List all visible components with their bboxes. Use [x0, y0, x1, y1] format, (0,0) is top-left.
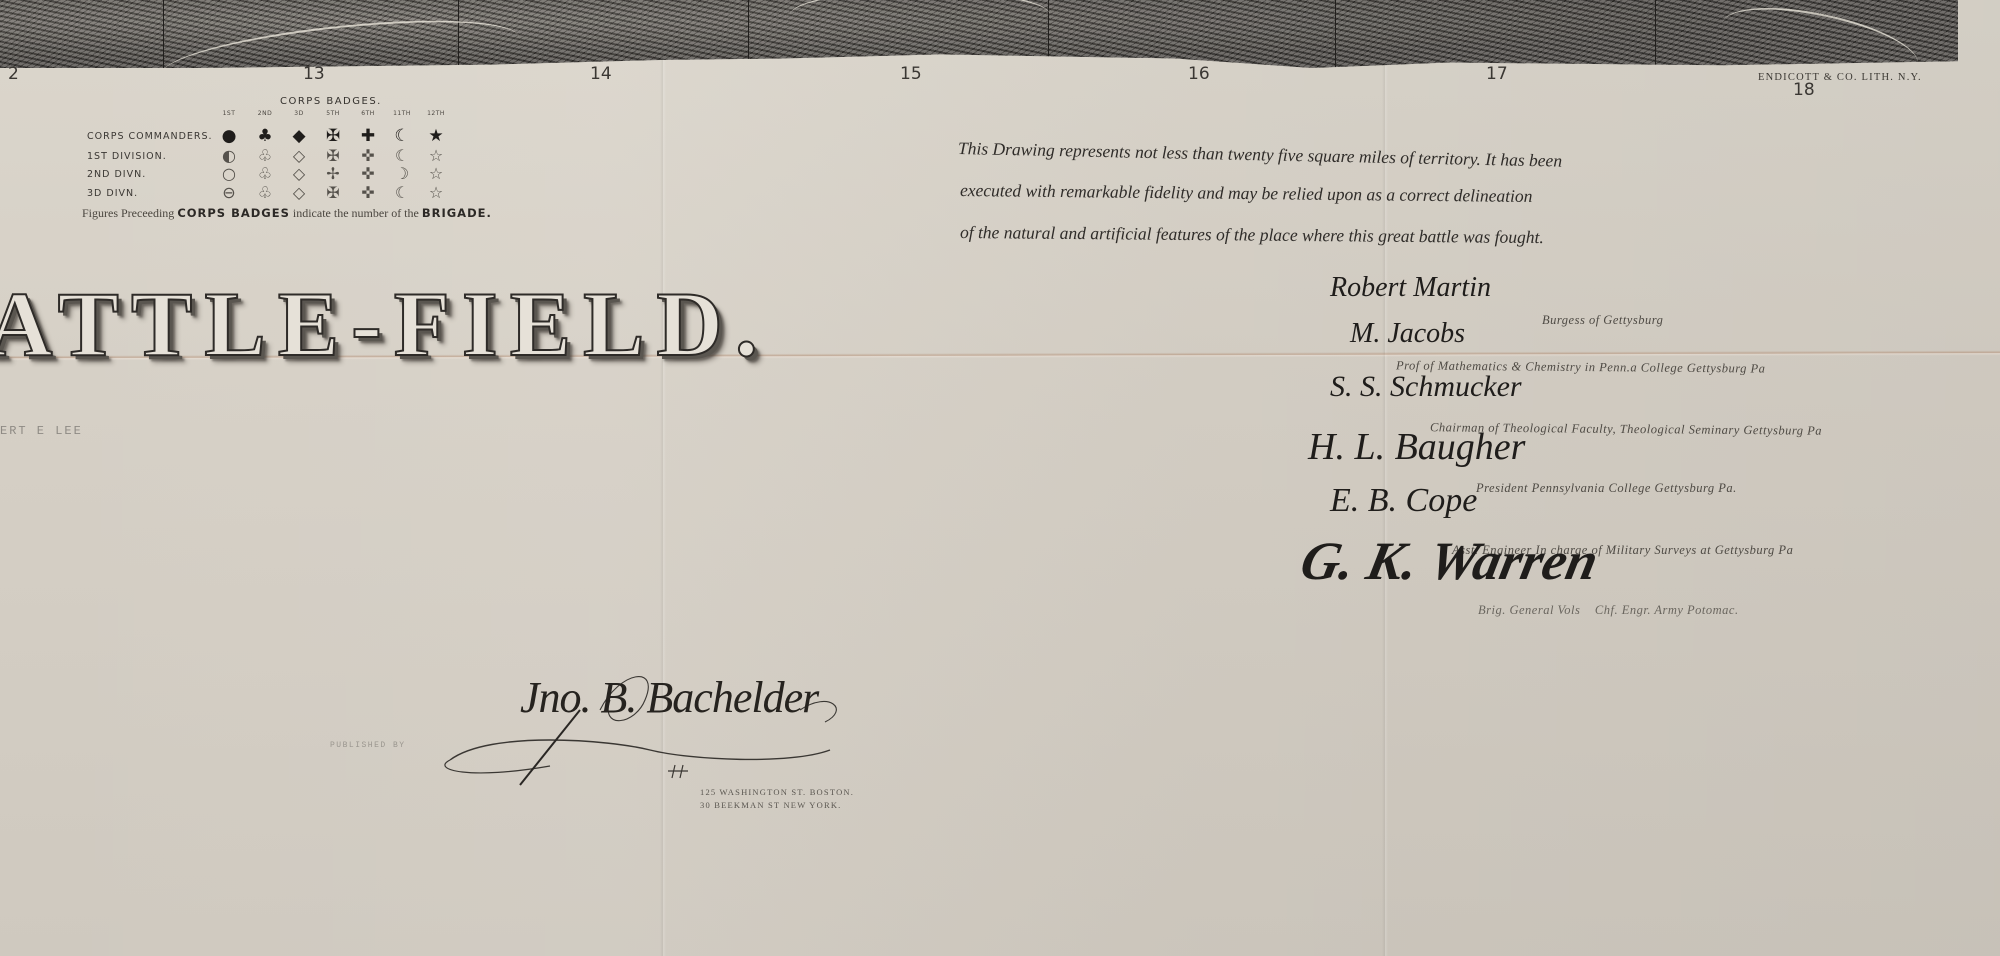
- map-engraving-strip: [0, 0, 1958, 68]
- star-icon: ☆: [421, 183, 451, 203]
- diamond-icon: ◇: [284, 164, 314, 184]
- publisher-address: 125 WASHINGTON ST. BOSTON.: [700, 787, 854, 797]
- paper-fold-vertical: [1382, 0, 1388, 956]
- crescent-icon: ☾: [387, 126, 417, 146]
- star-icon: ☆: [421, 164, 451, 184]
- crescent-icon: ☾: [387, 146, 417, 166]
- grid-number: 15: [900, 64, 922, 84]
- lithographer-credit: ENDICOTT & CO. LITH. N.Y.: [1758, 72, 1922, 83]
- diamond-icon: ◆: [284, 126, 314, 146]
- grid-number: 17: [1486, 64, 1508, 84]
- star-icon: ☆: [421, 146, 451, 166]
- circle-icon: ●: [214, 126, 244, 146]
- signature: E. B. Cope: [1330, 482, 1477, 520]
- subtitle-fragment: ERT E LEE: [0, 424, 83, 438]
- published-by-label: PUBLISHED BY: [330, 741, 406, 750]
- greek-cross-icon: ✜: [353, 164, 383, 184]
- paper-fold-vertical: [660, 0, 666, 956]
- signatory-title: Brig. General Vols Chf. Engr. Army Potom…: [1478, 603, 1739, 618]
- maltese-cross-icon: ✠: [318, 126, 348, 146]
- greek-cross-icon: ✜: [353, 146, 383, 166]
- grid-number: 14: [590, 64, 612, 84]
- corps-column-header: 12TH: [421, 110, 451, 117]
- grid-number: 18: [1793, 80, 1815, 100]
- corps-column-header: 3D: [284, 110, 314, 117]
- badge-row: 2ND DIVN.○♧◇✢✜☽☆: [82, 164, 602, 184]
- signature: M. Jacobs: [1350, 318, 1465, 350]
- trefoil-icon: ♧: [250, 183, 280, 203]
- grid-number: 2: [8, 64, 19, 84]
- signatory-title: President Pennsylvania College Gettysbur…: [1476, 481, 1737, 496]
- grid-number: 13: [303, 64, 325, 84]
- diamond-icon: ◇: [284, 183, 314, 203]
- trefoil-icon: ♧: [250, 164, 280, 184]
- corps-column-header: 6TH: [353, 110, 383, 117]
- map-title-fragment: ATTLE-FIELD.: [0, 278, 770, 370]
- badge-row: CORPS COMMANDERS.●♣◆✠✚☾★: [82, 126, 602, 146]
- certification-line: executed with remarkable fidelity and ma…: [960, 180, 1533, 207]
- corps-column-header: 2ND: [250, 110, 280, 117]
- circle-icon: ○: [214, 164, 244, 184]
- badges-footnote: Figures Preceeding CORPS BADGES indicate…: [82, 206, 492, 221]
- badge-row-label: 3D DIVN.: [87, 188, 138, 199]
- corps-badges-title: CORPS BADGES.: [280, 96, 382, 107]
- grid-number: 16: [1188, 64, 1210, 84]
- badge-row-label: 2ND DIVN.: [87, 169, 146, 180]
- crescent-icon: ☾: [387, 183, 417, 203]
- signature: G. K. Warren: [1295, 530, 1603, 592]
- circle-icon: ⊖: [214, 183, 244, 203]
- maltese-cross-icon: ✢: [318, 164, 348, 184]
- corps-column-header: 5TH: [318, 110, 348, 117]
- certification-line: This Drawing represents not less than tw…: [958, 138, 1563, 172]
- circle-icon: ◐: [214, 146, 244, 166]
- signature: Robert Martin: [1330, 272, 1491, 304]
- badge-row: 1ST DIVISION.◐♧◇✠✜☾☆: [82, 146, 602, 166]
- certification-line: of the natural and artificial features o…: [960, 222, 1544, 248]
- badge-row-label: CORPS COMMANDERS.: [87, 131, 213, 142]
- greek-cross-icon: ✜: [353, 183, 383, 203]
- maltese-cross-icon: ✠: [318, 183, 348, 203]
- maltese-cross-icon: ✠: [318, 146, 348, 166]
- badge-row: 3D DIVN.⊖♧◇✠✜☾☆: [82, 183, 602, 203]
- crescent-icon: ☽: [387, 164, 417, 184]
- trefoil-icon: ♣: [250, 126, 280, 146]
- diamond-icon: ◇: [284, 146, 314, 166]
- corps-column-header: 1ST: [214, 110, 244, 117]
- badge-row-label: 1ST DIVISION.: [87, 151, 167, 162]
- publisher-signature: Jno. B. Bachelder: [520, 672, 818, 723]
- corps-column-header: 11TH: [387, 110, 417, 117]
- trefoil-icon: ♧: [250, 146, 280, 166]
- signature: H. L. Baugher: [1308, 425, 1525, 469]
- publisher-address: 30 BEEKMAN ST NEW YORK.: [700, 800, 842, 810]
- signature: S. S. Schmucker: [1330, 370, 1522, 404]
- greek-cross-icon: ✚: [353, 126, 383, 146]
- star-icon: ★: [421, 126, 451, 146]
- signatory-title: Burgess of Gettysburg: [1542, 313, 1663, 328]
